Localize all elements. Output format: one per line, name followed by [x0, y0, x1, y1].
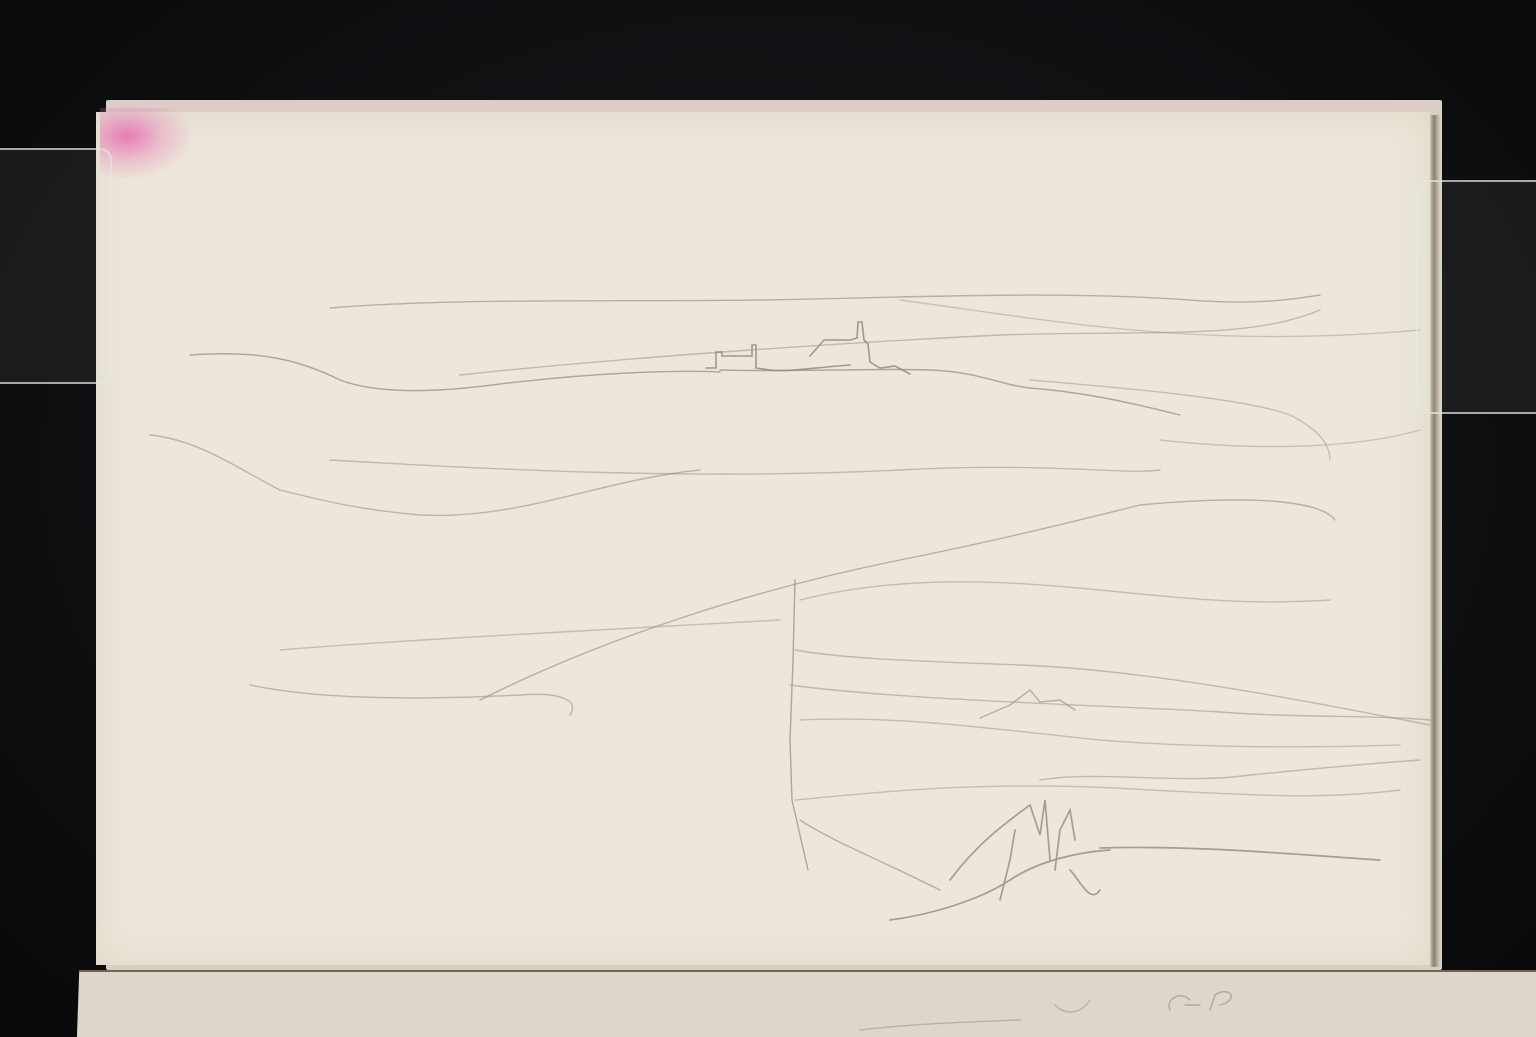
left-page-clip — [0, 148, 112, 384]
right-page-clip — [1416, 180, 1536, 414]
pencil-sketch — [0, 0, 1536, 1037]
